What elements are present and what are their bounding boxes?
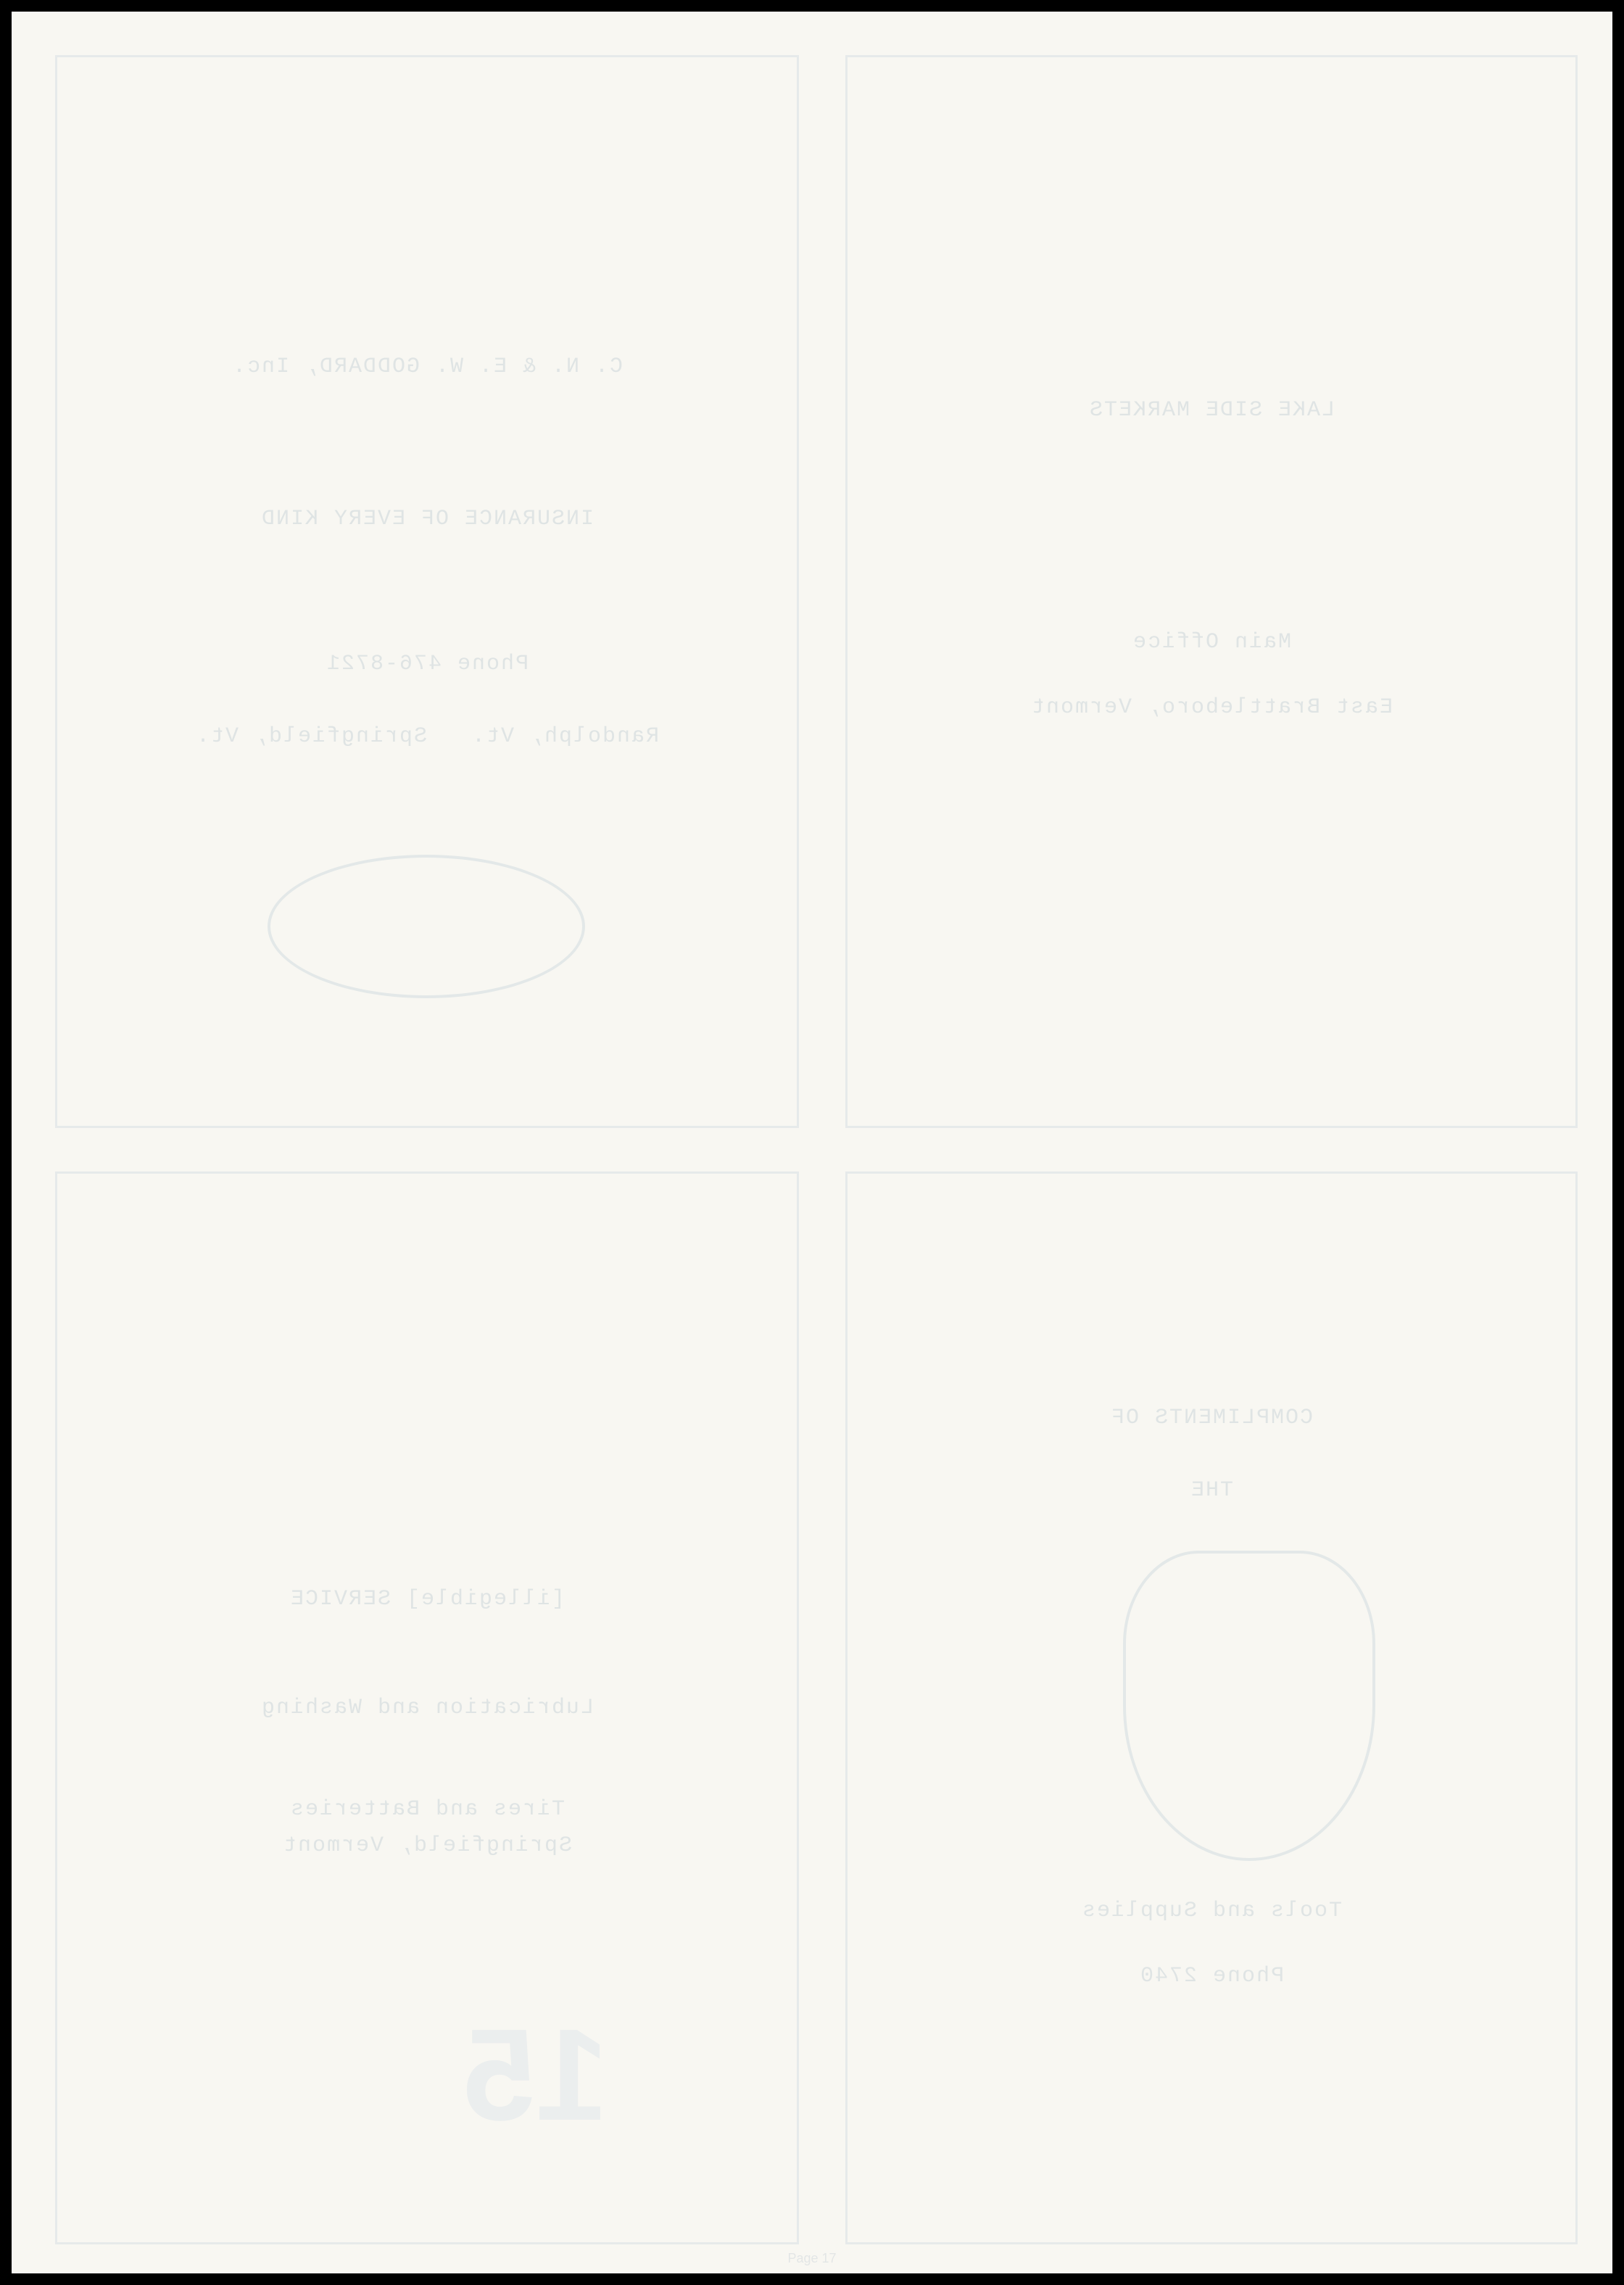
ghost-line: Phone 2740 (848, 1964, 1575, 1989)
ghost-line: C. N. & E. W. GODDARD, Inc. (57, 354, 797, 379)
ghost-line: Lubrication and Washing (57, 1696, 797, 1720)
emblem-logo-icon (268, 855, 585, 998)
shield-emblem-icon (1123, 1551, 1375, 1861)
ghost-line: Tools and Supplies (848, 1899, 1575, 1923)
scanned-page: C. N. & E. W. GODDARD, Inc. INSURANCE OF… (12, 12, 1612, 2273)
panel-top-right: LAKE SIDE MARKETS Main Office East Bratt… (845, 55, 1578, 1128)
ghost-line: Tires and Batteries (57, 1797, 797, 1822)
ghost-line: Phone 476-8721 (57, 652, 797, 676)
ghost-line: [illegible] SERVICE (57, 1587, 797, 1612)
page-footer: Page 17 (12, 2251, 1612, 2266)
ghost-line: East Brattleboro, Vermont (848, 695, 1575, 720)
ghost-line: Randolph, Vt. Springfield, Vt. (57, 724, 797, 749)
ghost-line: LAKE SIDE MARKETS (848, 398, 1575, 423)
ghost-line: Main Office (848, 630, 1575, 655)
ghost-line: Springfield, Vermont (57, 1833, 797, 1858)
panel-bottom-right: COMPLIMENTS OF THE Tools and Supplies Ph… (845, 1171, 1578, 2244)
panel-bottom-left: [illegible] SERVICE Lubrication and Wash… (55, 1171, 799, 2244)
ghost-line: COMPLIMENTS OF (848, 1406, 1575, 1430)
ghost-number: 15 (463, 2000, 608, 2150)
ghost-line: INSURANCE OF EVERY KIND (57, 507, 797, 531)
ghost-line: THE (848, 1478, 1575, 1503)
panel-top-left: C. N. & E. W. GODDARD, Inc. INSURANCE OF… (55, 55, 799, 1128)
